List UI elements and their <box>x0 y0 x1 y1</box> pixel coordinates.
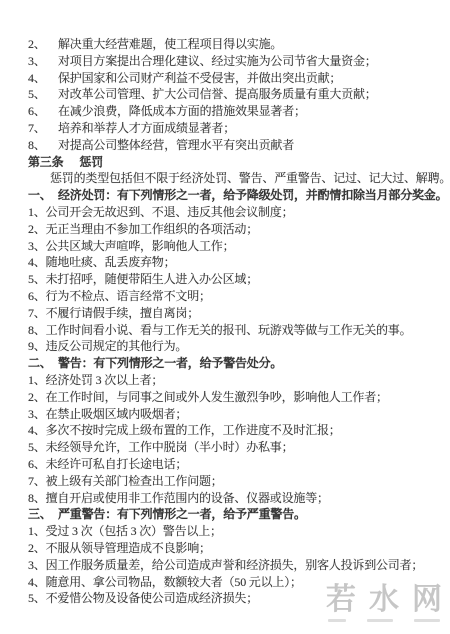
block-heading-text: 严重警告：有下列情形之一者，给予严重警告。 <box>58 507 306 521</box>
penalty-item: 9、违反公司规定的其他行为。 <box>28 338 448 355</box>
reward-item: 7、培养和举荐人才方面成绩显著者； <box>28 120 448 137</box>
penalty-item: 5、未打招呼，随便带陌生人进入办公区域； <box>28 271 448 288</box>
watermark-underline-segment <box>414 619 440 622</box>
item-text: 在减少浪费，降低成本方面的措施效果显著者； <box>58 104 306 118</box>
item-text: 对提高公司整体经营，管理水平有突出贡献者 <box>58 138 294 152</box>
reward-item: 2、解决重大经营难题，使工程项目得以实施。 <box>28 36 448 53</box>
document-page: 2、解决重大经营难题，使工程项目得以实施。 3、对项目方案提出合理化建议、经过实… <box>0 0 450 634</box>
penalty-item: 4、随地吐痰、乱丢废弃物； <box>28 254 448 271</box>
document-content: 2、解决重大经营难题，使工程项目得以实施。 3、对项目方案提出合理化建议、经过实… <box>28 36 448 607</box>
item-number: 6、 <box>28 103 58 120</box>
block-heading-text: 警告：有下列情形之一者，给予警告处分。 <box>58 356 282 370</box>
item-number: 8、 <box>28 137 58 154</box>
item-number: 5、 <box>28 86 58 103</box>
penalty-item: 1、受过 3 次（包括 3 次）警告以上； <box>28 523 448 540</box>
reward-item: 5、对改革公司管理、扩大公司信誉、提高服务质量有重大贡献； <box>28 86 448 103</box>
penalty-item: 7、不履行请假手续，擅自离岗； <box>28 305 448 322</box>
block-marker: 三、 <box>28 506 58 523</box>
item-text: 保护国家和公司财产利益不受侵害，并做出突出贡献； <box>58 71 341 85</box>
block-marker: 二、 <box>28 355 58 372</box>
penalty-block-heading: 二、警告：有下列情形之一者，给予警告处分。 <box>28 355 448 372</box>
section-intro-paragraph: 惩罚的类型包括但不限于经济处罚、警告、严重警告、记过、记大过、解聘。 <box>28 170 448 187</box>
section-label: 第三条 <box>28 155 63 169</box>
reward-item: 3、对项目方案提出合理化建议、经过实施为公司节省大量资金； <box>28 53 448 70</box>
penalty-item: 2、不服从领导管理造成不良影响； <box>28 540 448 557</box>
item-number: 7、 <box>28 120 58 137</box>
watermark-text: 若水网 <box>324 583 450 617</box>
penalty-item: 5、未经领导允许，工作中脱岗（半小时）办私事； <box>28 439 448 456</box>
item-number: 3、 <box>28 53 58 70</box>
penalty-block-heading: 一、经济处罚：有下列情形之一者，给予降级处罚，并酌情扣除当月部分奖金。 <box>28 187 448 204</box>
penalty-item: 2、无正当理由不参加工作组织的各项活动； <box>28 221 448 238</box>
block-heading-text: 经济处罚：有下列情形之一者，给予降级处罚，并酌情扣除当月部分奖金。 <box>58 188 447 202</box>
block-marker: 一、 <box>28 187 58 204</box>
item-number: 2、 <box>28 36 58 53</box>
penalty-item: 8、擅自开启或使用非工作范围内的设备、仪器或设施等； <box>28 490 448 507</box>
watermark-underline <box>324 617 444 622</box>
reward-item: 4、保护国家和公司财产利益不受侵害，并做出突出贡献； <box>28 70 448 87</box>
item-text: 培养和举荐人才方面成绩显著者； <box>58 121 235 135</box>
penalty-block-heading: 三、严重警告：有下列情形之一者，给予严重警告。 <box>28 506 448 523</box>
penalty-item: 3、因工作服务质量差，给公司造成声誉和经济损失，别客人投诉到公司者； <box>28 557 448 574</box>
item-text: 解决重大经营难题，使工程项目得以实施。 <box>58 37 282 51</box>
reward-item: 6、在减少浪费，降低成本方面的措施效果显著者； <box>28 103 448 120</box>
penalty-item: 8、工作时间看小说、看与工作无关的报刊、玩游戏等做与工作无关的事。 <box>28 322 448 339</box>
penalty-item: 4、多次不按时完成上级布置的工作，工作进度不及时汇报； <box>28 422 448 439</box>
section-heading: 第三条惩罚 <box>28 154 448 171</box>
item-text: 对改革公司管理、扩大公司信誉、提高服务质量有重大贡献； <box>58 87 377 101</box>
penalty-item: 1、经济处罚 3 次以上者； <box>28 372 448 389</box>
item-text: 对项目方案提出合理化建议、经过实施为公司节省大量资金； <box>58 54 377 68</box>
penalty-item: 6、未经许可私自打长途电话； <box>28 456 448 473</box>
watermark-underline-segment <box>367 619 393 622</box>
penalty-item: 2、在工作时间，与同事之间或外人发生激烈争吵，影响他人工作者； <box>28 389 448 406</box>
section-title: 惩罚 <box>79 155 103 169</box>
penalty-item: 3、在禁止吸烟区域内吸烟者； <box>28 406 448 423</box>
watermark-underline-segment <box>328 619 346 622</box>
penalty-item: 7、被上级有关部门检查出工作问题； <box>28 473 448 490</box>
watermark: 若水网 <box>324 583 444 622</box>
item-number: 4、 <box>28 70 58 87</box>
penalty-item: 3、公共区域大声喧哗，影响他人工作； <box>28 238 448 255</box>
penalty-item: 1、公司开会无故迟到、不退、违反其他会议制度； <box>28 204 448 221</box>
penalty-item: 6、行为不检点、语言经常不文明； <box>28 288 448 305</box>
reward-item: 8、对提高公司整体经营，管理水平有突出贡献者 <box>28 137 448 154</box>
